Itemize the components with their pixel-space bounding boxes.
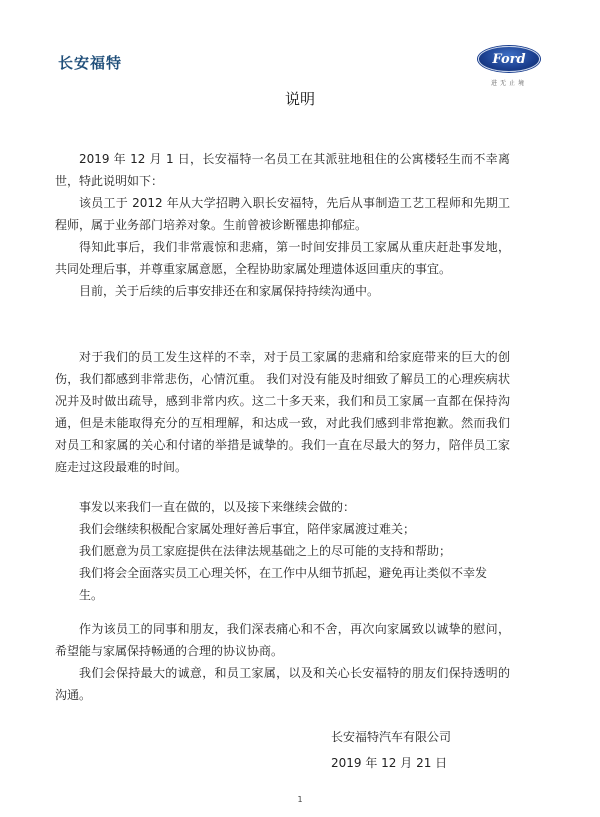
- paragraph: 目前，关于后续的后事安排还在和家属保持持续沟通中。: [55, 280, 510, 302]
- document-title: 说明: [0, 88, 600, 109]
- page-number: 1: [0, 795, 600, 804]
- signature-date: 2019 年 12 月 21 日: [331, 752, 447, 774]
- brand-name: 长安福特: [58, 52, 122, 73]
- paragraph: 2019 年 12 月 1 日，长安福特一名员工在其派驻地租住的公寓楼轻生而不幸…: [55, 148, 510, 192]
- actions-intro: 事发以来我们一直在做的，以及接下来继续会做的：: [55, 496, 510, 518]
- signature-company: 长安福特汽车有限公司: [331, 726, 451, 748]
- logo-slogan: 进无止境: [491, 78, 527, 87]
- paragraph: 我们会保持最大的诚意，和员工家属，以及和关心长安福特的朋友们保持透明的沟通。: [55, 662, 510, 706]
- action-item: 我们愿意为员工家庭提供在法律法规基础之上的尽可能的支持和帮助；: [55, 540, 510, 562]
- section-closing: 作为该员工的同事和朋友，我们深表痛心和不舍，再次向家属致以诚挚的慰问，希望能与家…: [55, 618, 510, 706]
- ford-logo: Ford 进无止境: [478, 46, 540, 87]
- action-item: 我们会继续积极配合家属处理好善后事宜，陪伴家属渡过难关；: [55, 518, 510, 540]
- paragraph: 该员工于 2012 年从大学招聘入职长安福特，先后从事制造工艺工程师和先期工程师…: [55, 192, 510, 236]
- section-apology: 对于我们的员工发生这样的不幸，对于员工家属的悲痛和给家庭带来的巨大的创伤，我们都…: [55, 346, 510, 478]
- ford-oval-icon: Ford: [478, 46, 540, 72]
- section-actions: 事发以来我们一直在做的，以及接下来继续会做的： 我们会继续积极配合家属处理好善后…: [55, 496, 510, 606]
- section-statement: 2019 年 12 月 1 日，长安福特一名员工在其派驻地租住的公寓楼轻生而不幸…: [55, 148, 510, 302]
- paragraph: 得知此事后，我们非常震惊和悲痛，第一时间安排员工家属从重庆赶赴事发地，共同处理后…: [55, 236, 510, 280]
- paragraph: 对于我们的员工发生这样的不幸，对于员工家属的悲痛和给家庭带来的巨大的创伤，我们都…: [55, 346, 510, 478]
- action-item: 我们将会全面落实员工心理关怀，在工作中从细节抓起，避免再让类似不幸发生。: [55, 562, 510, 606]
- paragraph: 作为该员工的同事和朋友，我们深表痛心和不舍，再次向家属致以诚挚的慰问，希望能与家…: [55, 618, 510, 662]
